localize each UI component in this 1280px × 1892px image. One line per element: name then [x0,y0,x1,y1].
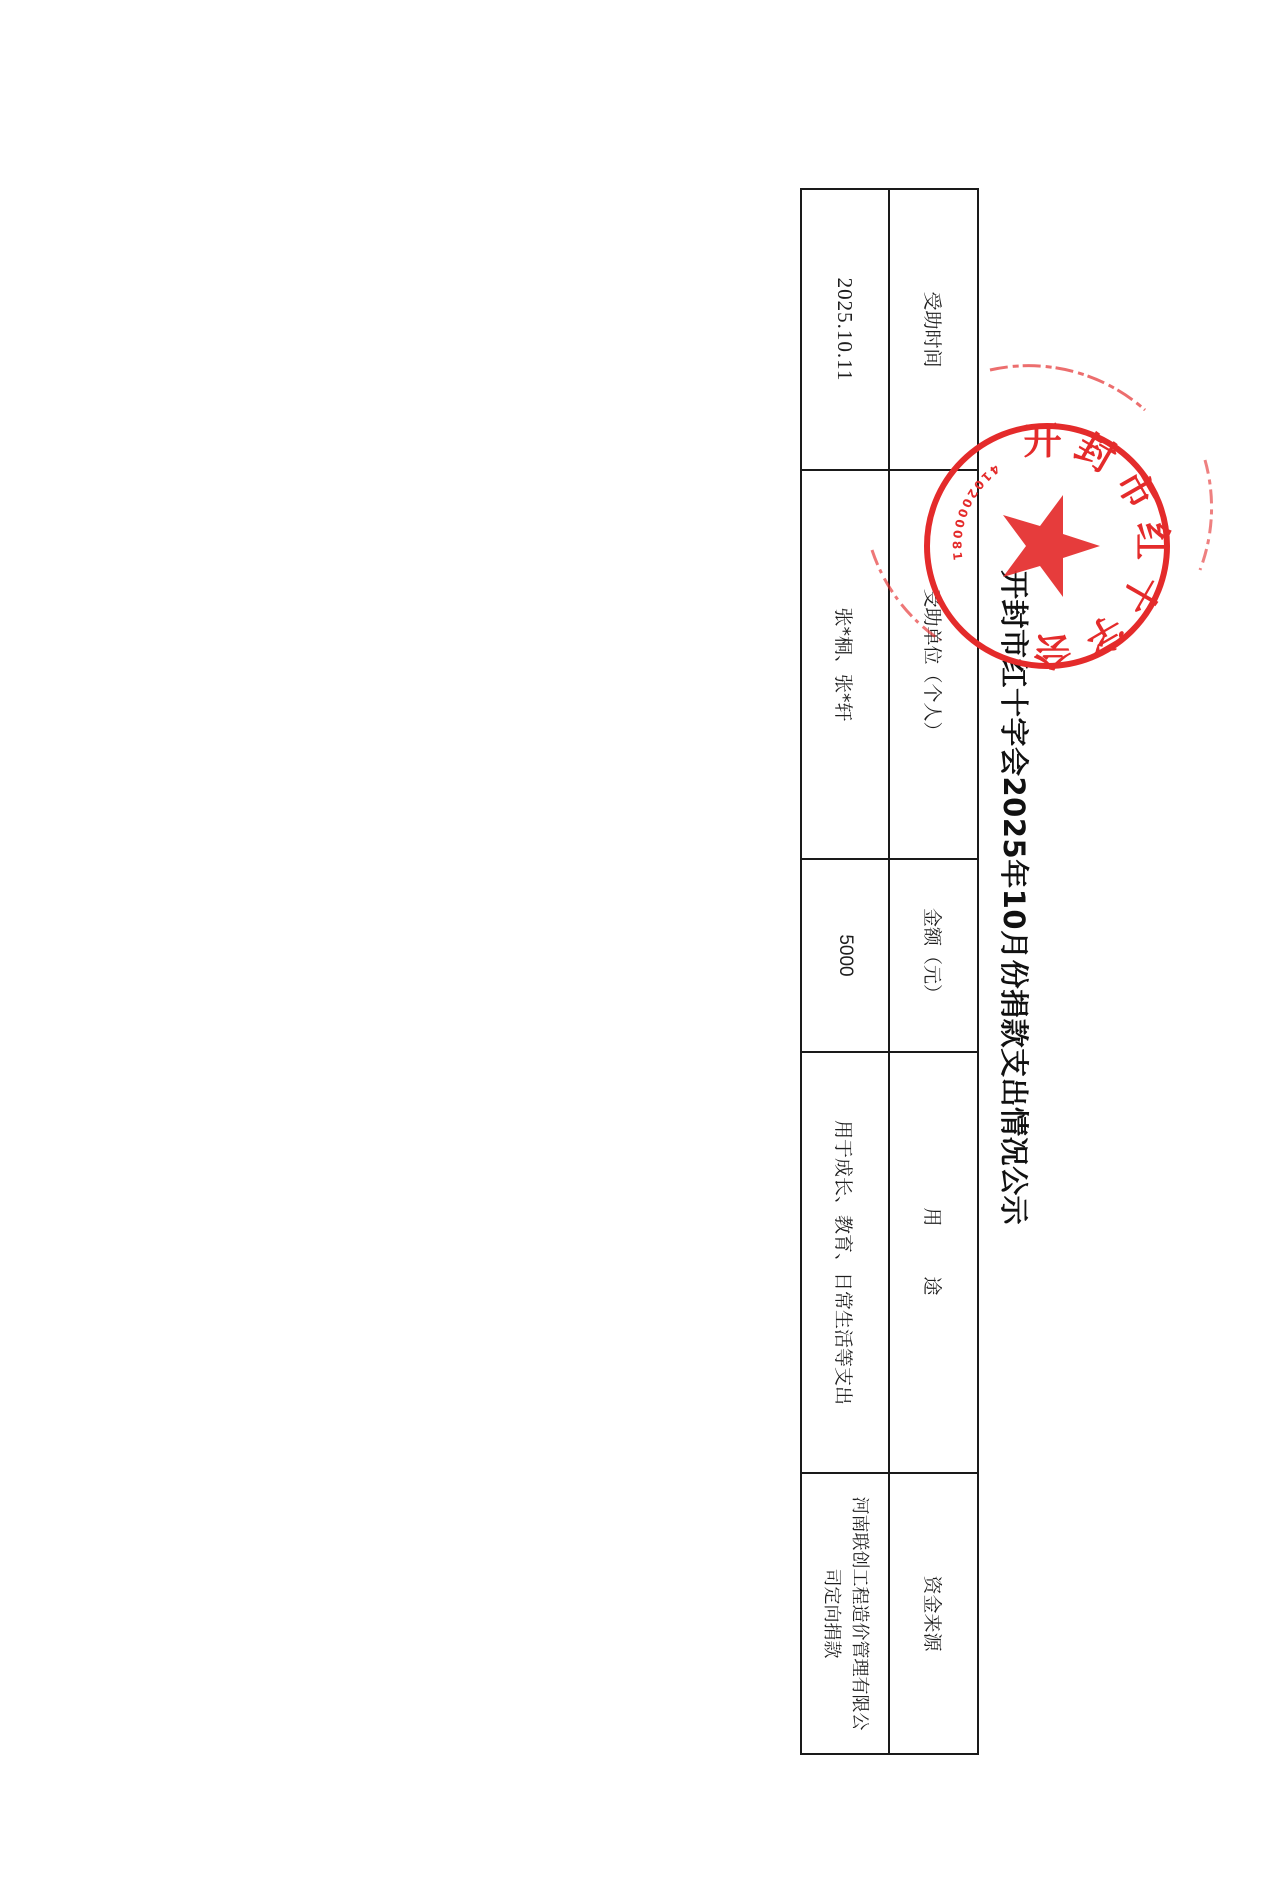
svg-text:开封市红十字会: 开封市红十字会 [1023,421,1172,671]
table-header-row: 受助时间 受助单位（个人） 金额（元） 用 途 资金来源 [889,189,978,1754]
header-source: 资金来源 [889,1473,978,1754]
seal-org-name: 开封市红十字会 [1023,421,1172,671]
cell-date: 2025.10.11 [801,189,889,470]
cell-recipient: 张*桐、张*轩 [801,470,889,859]
document-page: 开封市红十字会2025年10月份捐款支出情况公示 受助时间 受助单位（个人） 金… [0,0,1280,1892]
cell-amount: 5000 [801,859,889,1052]
header-recipient: 受助单位（个人） [889,470,978,859]
expenditure-table: 受助时间 受助单位（个人） 金额（元） 用 途 资金来源 2025.10.11 … [800,188,979,1755]
header-purpose: 用 途 [889,1052,978,1473]
cell-source: 河南联创工程造价管理有限公司定向捐款 [801,1473,889,1754]
cell-purpose: 用于成长、教育、日常生活等支出 [801,1052,889,1473]
table-row: 2025.10.11 张*桐、张*轩 5000 用于成长、教育、日常生活等支出 … [801,189,889,1754]
header-date: 受助时间 [889,189,978,470]
header-amount: 金额（元） [889,859,978,1052]
page-title: 开封市红十字会2025年10月份捐款支出情况公示 [996,570,1032,1370]
